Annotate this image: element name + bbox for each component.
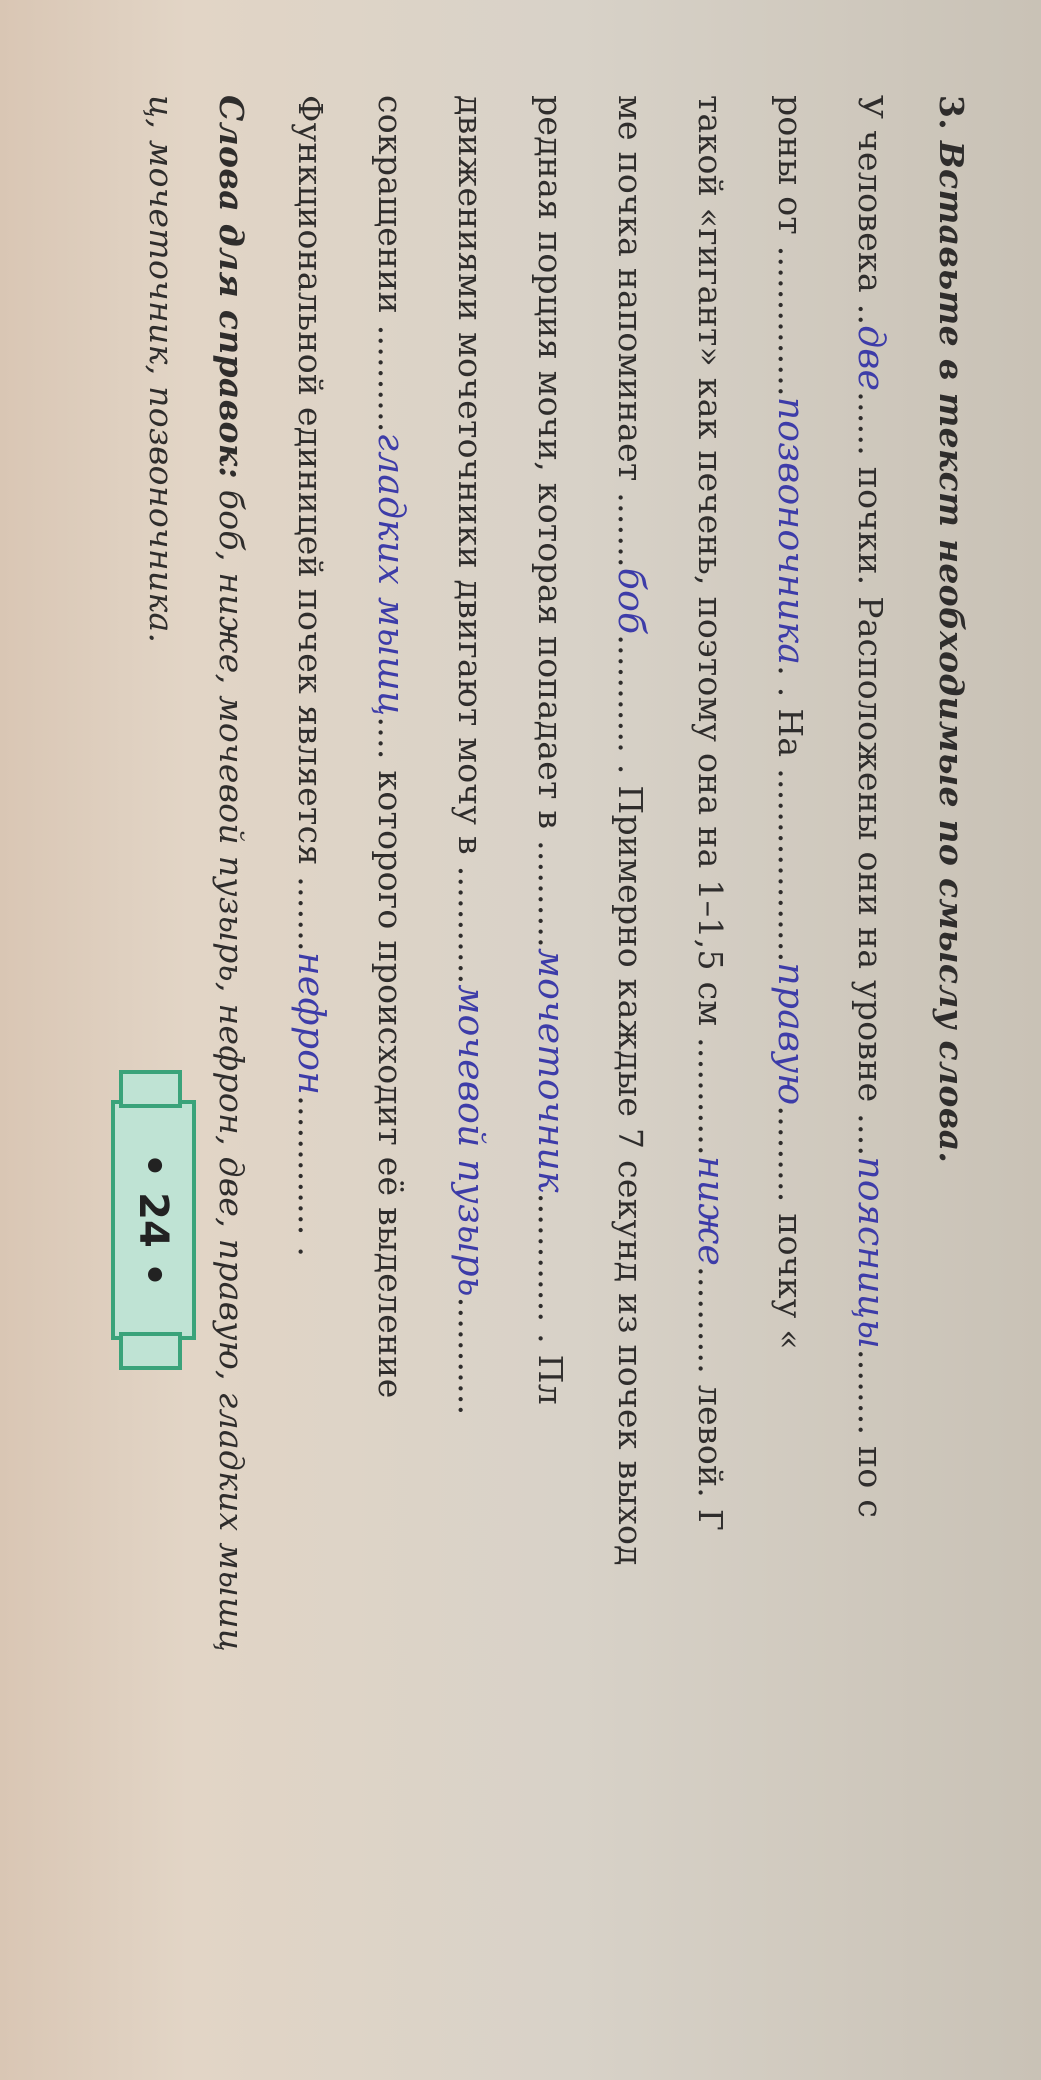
reference-list: боб, ниже, мочевой пузырь, нефрон, две, … <box>212 490 251 1652</box>
text-line-6: движениями мочеточники двигают мочу в ..… <box>450 95 491 1415</box>
text-line-1: У человека ..две...... почки. Расположен… <box>850 95 891 1518</box>
page-number: • 24 • <box>131 1153 177 1288</box>
text-line-5: редная порция мочи, которая попадает в .… <box>530 95 571 1405</box>
handwritten-answer: гладких мышц <box>370 433 411 717</box>
handwritten-answer: правую <box>770 962 811 1105</box>
text-line-2: роны от ..............позвоночника. . На… <box>770 95 811 1350</box>
handwritten-answer: мочевой пузырь <box>450 984 491 1296</box>
handwritten-answer: боб <box>610 568 651 635</box>
exercise-number: 3. <box>932 95 971 130</box>
handwritten-answer: нефрон <box>290 952 331 1095</box>
text-line-4: ме почка напоминает .......боб..........… <box>610 95 651 1566</box>
handwritten-answer: ниже <box>690 1156 731 1266</box>
text-line-7: сокращении ..........гладких мышц.... ко… <box>370 95 411 1399</box>
reference-words-continued: ц, мочеточник, позвоночника. <box>142 95 181 643</box>
exercise-heading: 3. Вставьте в текст необходимые по смысл… <box>932 95 971 1163</box>
reference-label: Слова для справок: <box>212 95 251 479</box>
reference-words: Слова для справок: боб, ниже, мочевой пу… <box>212 95 251 1652</box>
text-line-3: такой «гигант» как печень, поэтому она н… <box>690 95 731 1531</box>
textbook-page: 3. Вставьте в текст необходимые по смысл… <box>0 0 1041 2080</box>
handwritten-answer: поясницы <box>850 1156 891 1349</box>
handwritten-answer: позвоночника <box>770 397 811 665</box>
handwritten-answer: мочеточник <box>530 948 571 1193</box>
text-line-8: Функциональной единицей почек является .… <box>290 95 331 1257</box>
handwritten-answer: две <box>850 325 891 391</box>
exercise-title: Вставьте в текст необходимые по смыслу с… <box>932 141 971 1163</box>
page-number-badge: • 24 • <box>111 1100 196 1340</box>
